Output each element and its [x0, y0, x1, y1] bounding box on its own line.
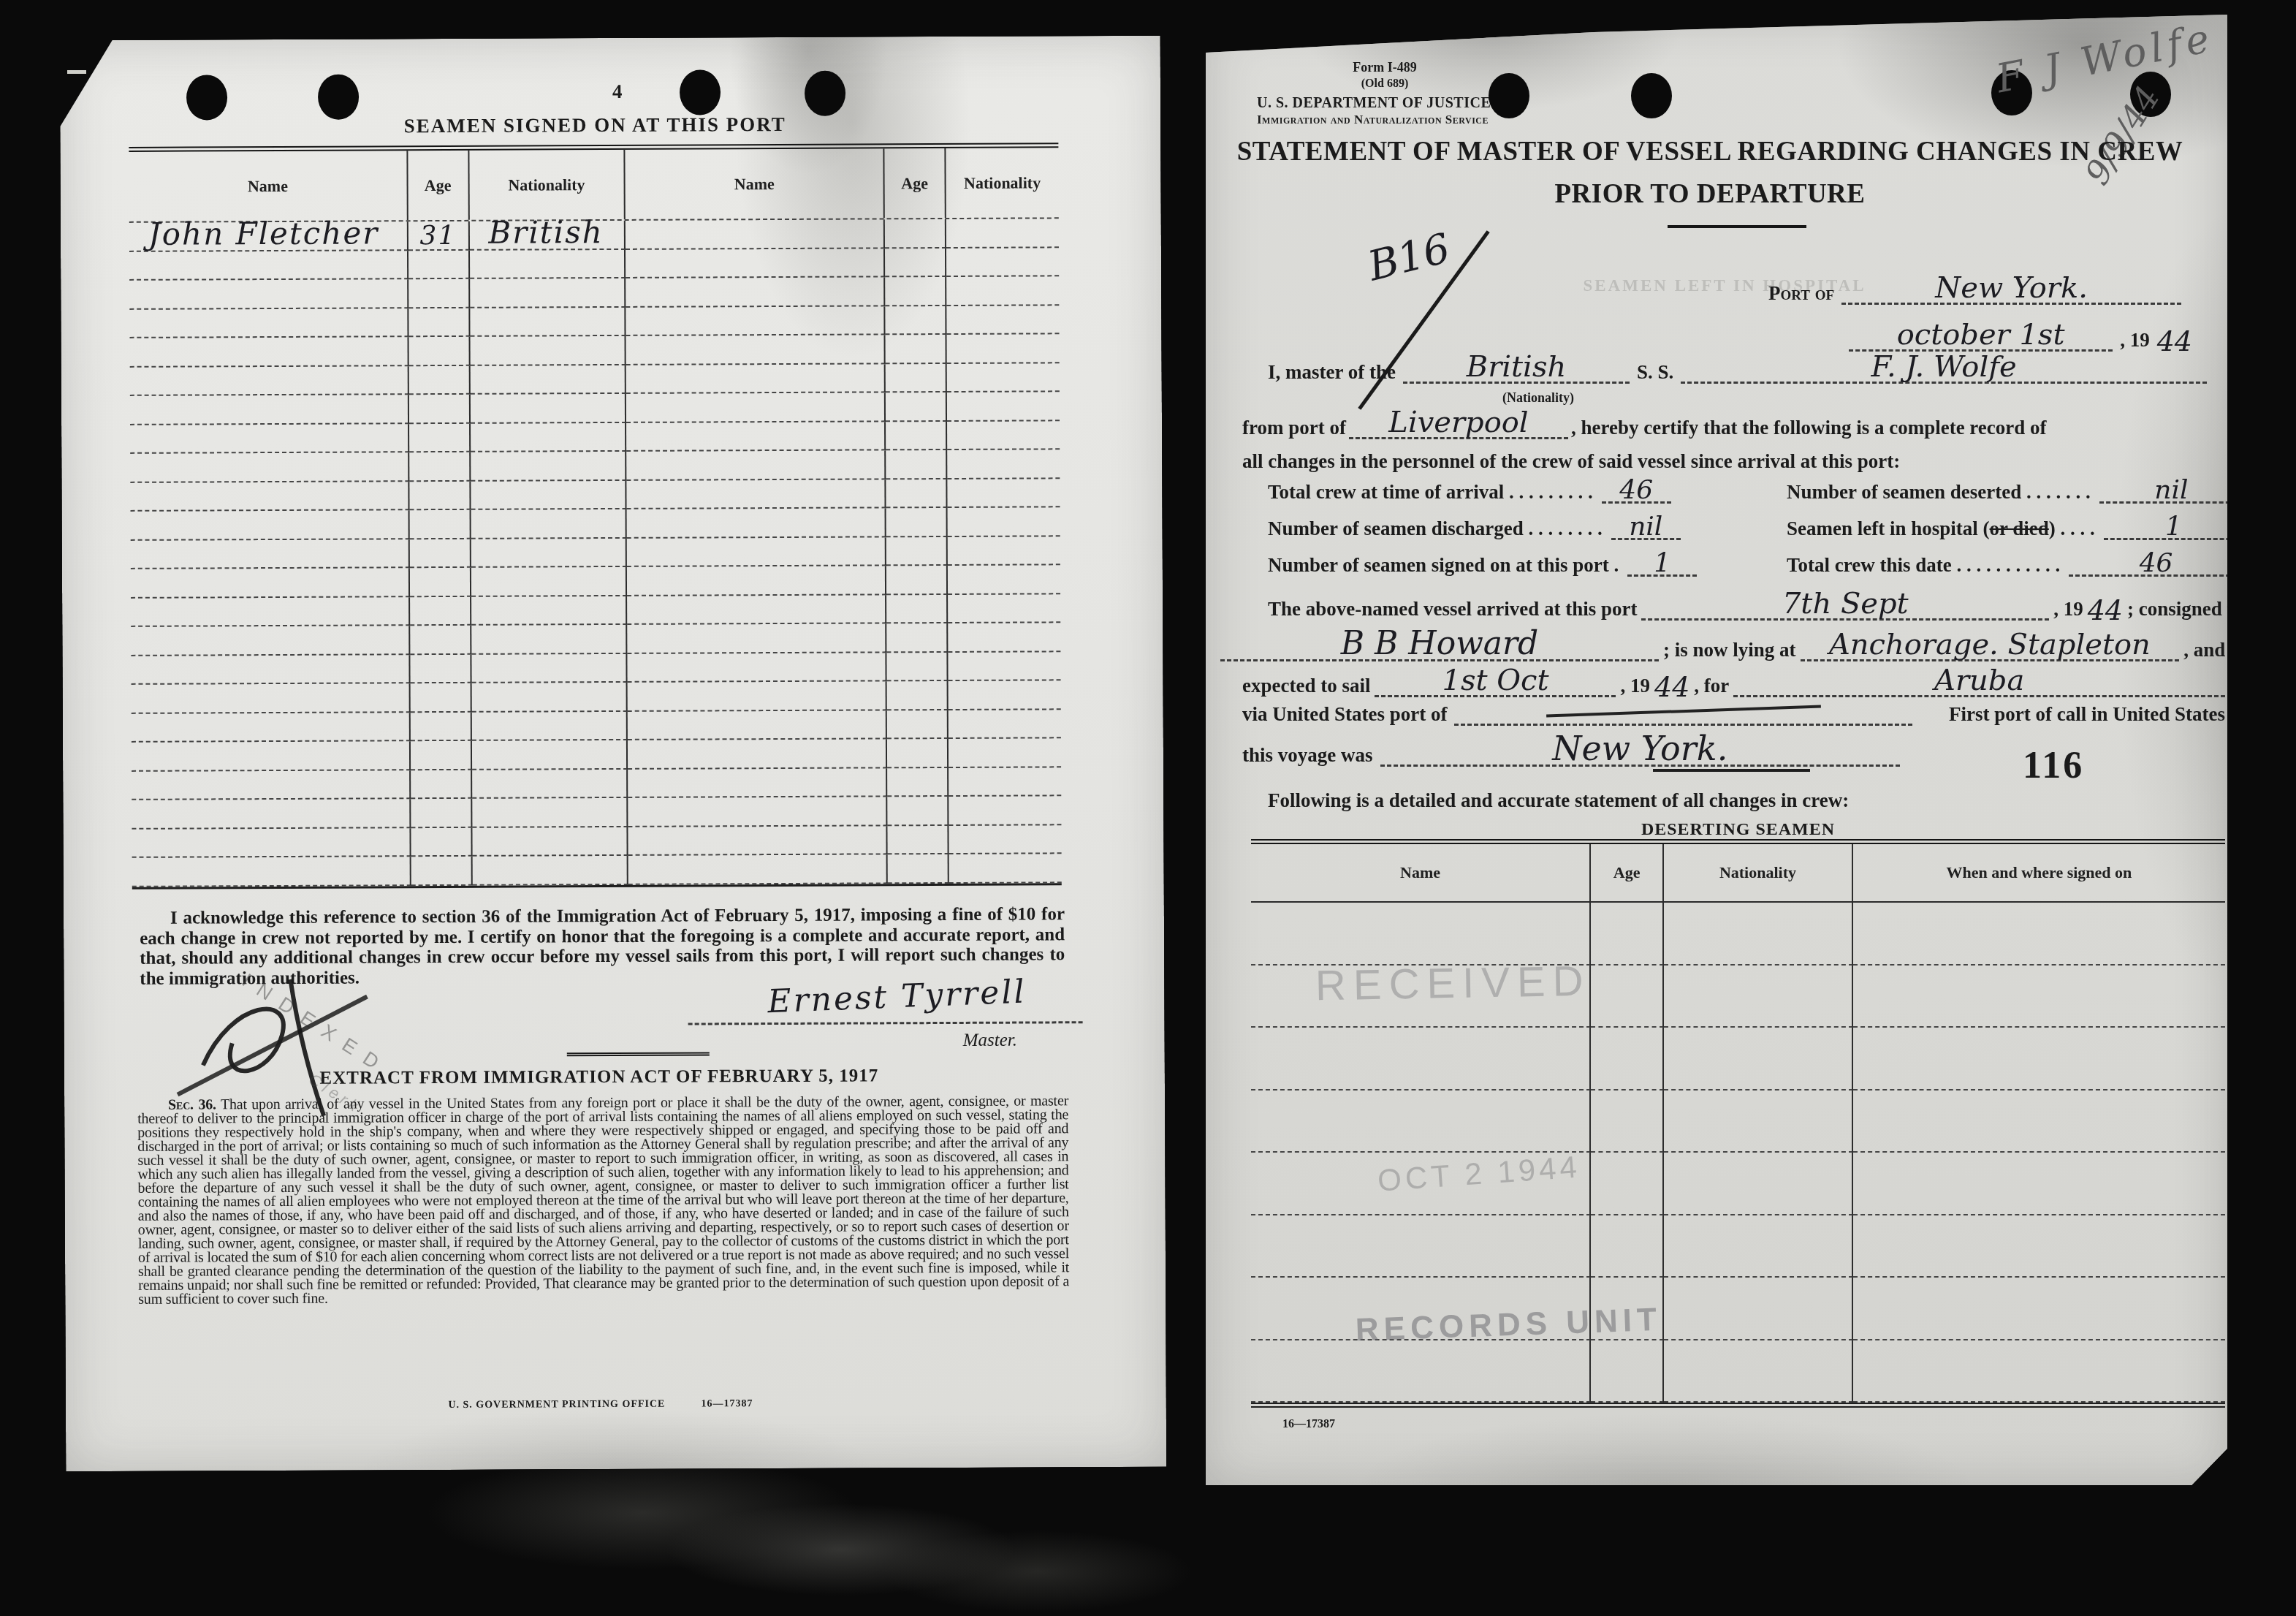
table-cell [471, 480, 627, 509]
pencil-vessel-name: F J Wolfe [1993, 15, 2218, 102]
seamen-signed-on-table: NameAgeNationalityNameAgeNationality Joh… [129, 143, 1061, 889]
table-cell [1591, 1028, 1664, 1090]
table-cell [472, 769, 628, 798]
table-cell [886, 536, 948, 566]
arrived-line: The above-named vessel arrived at this p… [1268, 593, 2243, 621]
table-cell [131, 626, 410, 656]
table-cell: British [469, 221, 626, 250]
table-row [1251, 1340, 2225, 1403]
certify-tail: , hereby certify that the following is a… [1571, 417, 2047, 439]
column-header-age: Age [884, 148, 946, 218]
table-cell [1591, 1153, 1664, 1215]
column-header-when-and-where-signed-on: When and where signed on [1853, 844, 2225, 901]
table-cell [628, 681, 887, 711]
table-cell [1853, 903, 2225, 966]
table-cell [885, 306, 946, 335]
form-print-number: 16—17387 [1282, 1418, 1335, 1431]
table-row [1251, 1215, 2225, 1278]
table-cell [132, 799, 411, 829]
table-cell [1664, 903, 1853, 966]
sail-year-value: 44 [1654, 678, 1689, 697]
signature-line [688, 1021, 1083, 1025]
lying-label: ; is now lying at [1663, 639, 1796, 661]
table-cell [627, 537, 886, 567]
table-cell [411, 857, 472, 886]
printing-office-label: U. S. GOVERNMENT PRINTING OFFICE [448, 1399, 665, 1411]
table-cell [948, 594, 1060, 623]
hospital-label-pre: Seamen left in hospital ( [1787, 517, 1990, 539]
via-line: via United States port of First port of … [1242, 703, 2225, 726]
column-header-name: Name [626, 148, 885, 219]
table-cell [408, 337, 470, 366]
seamen-discharged-value: nil [1611, 518, 1681, 540]
table-cell [132, 828, 411, 858]
table-row [131, 507, 1060, 540]
handwritten-nationality: British [488, 214, 604, 251]
section-divider [567, 1052, 710, 1056]
table-cell [408, 365, 470, 395]
table-cell [409, 481, 471, 510]
table-cell [131, 510, 410, 540]
total-crew-arrival-value: 46 [1602, 482, 1671, 504]
table-header-row: NameAgeNationalityWhen and where signed … [1251, 839, 2225, 903]
handwritten-age: 31 [419, 220, 456, 250]
table-cell [409, 568, 471, 597]
table-cell [130, 337, 409, 367]
table-cell [130, 482, 409, 512]
table-cell [886, 450, 947, 479]
table-cell [1853, 1153, 2225, 1215]
column-header-name: Name [1251, 844, 1591, 901]
hole-punch [680, 69, 721, 115]
sail-line: expected to sail 1st Oct , 19 44 , for A… [1242, 670, 2225, 697]
table-cell [626, 249, 885, 278]
table-cell [1664, 1028, 1853, 1090]
scanned-document: 4 SEAMEN SIGNED ON AT THIS PORT NameAgeN… [0, 0, 2296, 1616]
table-cell [626, 219, 885, 249]
table-cell [409, 423, 471, 452]
table-row [130, 334, 1060, 367]
voyage-lead: this voyage was [1242, 744, 1373, 767]
table-cell [129, 279, 408, 309]
column-header-age: Age [408, 151, 469, 220]
table-cell [411, 770, 472, 799]
table-cell [408, 395, 470, 424]
table-cell [626, 335, 886, 365]
table-cell [948, 507, 1060, 536]
stats-row-2: Number of seamen discharged . . . . . . … [1268, 517, 2243, 540]
table-cell [946, 306, 1059, 335]
column-header-nationality: Nationality [1664, 844, 1853, 901]
table-cell [471, 683, 628, 712]
table-cell [947, 479, 1060, 508]
section-36-text: That upon arrival of any vessel in the U… [137, 1093, 1069, 1308]
table-cell [1664, 1340, 1853, 1403]
table-cell [472, 856, 628, 885]
seamen-deserted-label: Number of seamen deserted . . . . . . . [1787, 481, 2091, 504]
table-cell [1591, 1340, 1664, 1403]
department-name: U. S. DEPARTMENT OF JUSTICE [1257, 95, 1491, 112]
table-cell [408, 279, 470, 308]
table-cell [1853, 1028, 2225, 1090]
table-cell [410, 712, 471, 741]
table-cell [886, 594, 948, 623]
table-cell [949, 680, 1061, 710]
form-number: Form I-489 [1293, 60, 1476, 75]
table-cell [470, 278, 626, 308]
table-cell [471, 625, 628, 654]
form-old-number: (Old 689) [1293, 77, 1476, 91]
table-cell [626, 392, 886, 422]
table-cell [1664, 1215, 1853, 1278]
ss-label: S. S. [1637, 361, 1673, 384]
sail-for-label: , for [1694, 675, 1729, 697]
table-cell [411, 799, 472, 828]
table-row [132, 680, 1061, 713]
table-row: John Fletcher31British [129, 219, 1059, 251]
table-cell [947, 334, 1060, 363]
arrived-year-prefix: , 19 [2053, 598, 2083, 621]
table-cell [628, 797, 887, 827]
table-row [130, 392, 1060, 425]
table-cell [1664, 1153, 1853, 1215]
master-line: I, master of the British S. S. F. J. Wol… [1268, 357, 2207, 384]
table-cell [132, 770, 411, 800]
form-print-number: 16—17387 [701, 1398, 753, 1409]
table-cell [886, 422, 947, 451]
table-cell [886, 508, 948, 537]
table-cell [129, 251, 408, 281]
table-cell [626, 277, 885, 307]
table-cell [410, 596, 471, 626]
table-cell [1664, 1278, 1853, 1340]
table-cell [628, 739, 887, 769]
table-cell [411, 827, 472, 857]
table-cell [471, 653, 628, 683]
sail-date-value: 1st Oct [1375, 670, 1616, 697]
table-row [1251, 903, 2225, 966]
form-title-line2: PRIOR TO DEPARTURE [1235, 178, 2185, 210]
table-cell [947, 392, 1060, 421]
hole-punch [1489, 73, 1529, 118]
table-cell [410, 654, 471, 683]
table-cell [887, 710, 949, 739]
table-cell [1251, 1028, 1591, 1090]
from-port-value: Liverpool [1349, 412, 1568, 439]
table-cell [949, 767, 1061, 797]
table-cell [946, 276, 1059, 306]
hole-punch [318, 75, 359, 120]
film-scratch [67, 70, 86, 74]
table-cell [471, 509, 627, 539]
extract-title: EXTRACT FROM IMMIGRATION ACT OF FEBRUARY… [132, 1065, 1067, 1090]
table-row [131, 565, 1060, 598]
table-cell [471, 567, 627, 596]
table-cell [410, 683, 471, 713]
sail-year-prefix: , 19 [1620, 675, 1650, 697]
port-value: New York. [1841, 278, 2181, 305]
table-row [132, 854, 1062, 887]
table-cell [948, 652, 1060, 681]
table-cell: 31 [408, 221, 469, 251]
table-cell [408, 250, 470, 279]
total-crew-date-label: Total crew this date . . . . . . . . . .… [1787, 554, 2060, 577]
table-cell [886, 623, 948, 653]
table-cell [888, 825, 949, 854]
date-year-value: 44 [2157, 332, 2192, 352]
table-cell [887, 739, 949, 768]
via-port-dash [1546, 705, 1821, 717]
table-row [129, 248, 1059, 281]
table-cell [947, 363, 1060, 392]
table-row [132, 710, 1061, 743]
right-page-statement-of-master: Form I-489 (Old 689) U. S. DEPARTMENT OF… [1206, 15, 2227, 1485]
destination-value: Aruba [1733, 670, 2225, 697]
table-cell [131, 568, 410, 598]
table-row [132, 796, 1061, 829]
table-cell [626, 450, 886, 480]
table-cell [1664, 1090, 1853, 1153]
hole-punch [186, 75, 227, 120]
table-cell [946, 219, 1059, 248]
column-header-nationality: Nationality [469, 150, 626, 220]
table-cell [132, 857, 411, 887]
table-cell [947, 421, 1060, 450]
table-cell [470, 365, 626, 394]
voyage-line: this voyage was New York. [1242, 737, 1900, 767]
table-cell [1591, 903, 1664, 966]
table-row [132, 767, 1061, 800]
nationality-value: British [1403, 357, 1630, 384]
sail-lead: expected to sail [1242, 675, 1370, 697]
table-row [130, 363, 1060, 396]
first-port-label: First port of call in United States [1949, 703, 2225, 726]
table-cell [886, 479, 947, 509]
table-cell [1853, 1215, 2225, 1278]
table-cell [947, 449, 1060, 479]
table-cell [946, 248, 1059, 277]
table-row [130, 479, 1060, 512]
deserting-seamen-title: DESERTING SEAMEN [1251, 820, 2225, 840]
certify-line2: all changes in the personnel of the crew… [1242, 450, 1900, 473]
table-cell [411, 741, 472, 770]
total-crew-date-value: 46 [2069, 555, 2243, 577]
table-cell [628, 768, 887, 798]
table-row [132, 825, 1061, 858]
table-cell [471, 538, 627, 567]
table-cell [132, 741, 411, 771]
table-cell [886, 652, 948, 681]
table-cell [886, 335, 947, 364]
table-cell [627, 595, 886, 625]
arrived-year-value: 44 [2088, 601, 2123, 621]
table-cell [949, 854, 1062, 883]
table-cell [626, 364, 886, 394]
from-port-line: from port of Liverpool , hereby certify … [1242, 412, 2214, 439]
table-cell [1591, 966, 1664, 1028]
table-cell [1853, 1278, 2225, 1340]
table-cell [627, 508, 886, 538]
table-cell [626, 422, 886, 452]
table-row [1251, 1090, 2225, 1153]
table-cell [471, 596, 628, 625]
table-cell [1251, 1090, 1591, 1153]
table-cell [470, 249, 626, 278]
table-cell [1591, 1090, 1664, 1153]
via-port-blank [1454, 710, 1912, 726]
voyage-underline [1653, 769, 1810, 772]
table-row [132, 738, 1061, 771]
table-row [131, 652, 1060, 685]
table-cell [1251, 903, 1591, 966]
table-cell [887, 767, 949, 797]
table-cell [130, 452, 409, 482]
table-cell [888, 854, 949, 884]
port-line: Port of New York. [1768, 278, 2181, 305]
table-cell [130, 366, 409, 396]
left-page-seamen-signed-on: 4 SEAMEN SIGNED ON AT THIS PORT NameAgeN… [60, 36, 1167, 1472]
table-cell [627, 566, 886, 596]
table-cell [132, 713, 411, 743]
vessel-name-value: F. J. Wolfe [1681, 357, 2207, 384]
table-cell [628, 854, 888, 884]
table-cell [887, 681, 949, 710]
table-cell: John Fletcher [129, 221, 408, 251]
table-cell [885, 249, 946, 278]
table-header-row: NameAgeNationalityNameAgeNationality [129, 143, 1058, 223]
master-lead: I, master of the [1268, 361, 1396, 384]
pencil-date: 9/9/44 [2077, 79, 2167, 191]
annotation-b16: B16 [1364, 224, 1455, 290]
table-cell [472, 798, 628, 827]
table-cell [409, 510, 471, 539]
from-port-lead: from port of [1242, 417, 1346, 439]
arrived-date-value: 7th Sept [1641, 593, 2049, 621]
lying-location-value: Anchorage. Stapleton [1801, 634, 2180, 661]
table-row [130, 449, 1060, 482]
table-cell [1853, 1340, 2225, 1403]
table-cell [472, 827, 628, 856]
table-cell [131, 597, 410, 627]
hospital-label-post: ) . . . . [2049, 517, 2095, 539]
handwritten-name: John Fletcher [148, 215, 379, 251]
table-cell [470, 394, 626, 423]
signed-on-value: 1 [1627, 555, 1697, 577]
table-cell [628, 826, 888, 856]
table-cell [887, 797, 949, 826]
seamen-deserted-value: nil [2099, 482, 2243, 504]
voyage-port-value: New York. [1380, 737, 1900, 767]
title-underline [1668, 225, 1806, 228]
lying-tail: , and is [2183, 639, 2243, 661]
table-cell [130, 424, 409, 454]
table-cell [886, 364, 947, 393]
date-line: october 1st , 19 44 [1849, 325, 2192, 352]
hole-punch [1631, 73, 1672, 118]
section-36-paragraph: Sec. 36. That upon arrival of any vessel… [137, 1094, 1069, 1307]
table-cell [129, 308, 408, 338]
hole-punch [805, 71, 845, 116]
table-cell [1251, 1340, 1591, 1403]
table-cell [949, 796, 1061, 825]
table-cell [409, 539, 471, 568]
table-cell [949, 825, 1061, 854]
table-cell [131, 539, 410, 569]
table-cell [471, 452, 627, 481]
table-cell [627, 479, 886, 509]
table-cell [628, 653, 887, 683]
following-statement: Following is a detailed and accurate sta… [1268, 789, 1849, 812]
page-stamp-number: 116 [2023, 744, 2084, 787]
arrived-tail: ; consigned to [2127, 598, 2243, 621]
signed-on-label: Number of seamen signed on at this port … [1268, 554, 1619, 577]
table-row [130, 421, 1060, 454]
total-crew-arrival-label: Total crew at time of arrival . . . . . … [1268, 481, 1593, 504]
printing-office-footer: U. S. GOVERNMENT PRINTING OFFICE 16—1738… [133, 1397, 1068, 1413]
year-prefix: , 19 [2120, 329, 2150, 352]
table-row [131, 536, 1060, 569]
stats-row-1: Total crew at time of arrival . . . . . … [1268, 481, 2243, 504]
page-title: SEAMEN SIGNED ON AT THIS PORT [127, 112, 1063, 139]
table-cell [1664, 966, 1853, 1028]
table-cell [626, 306, 886, 336]
table-cell [471, 711, 628, 740]
table-cell [1853, 966, 2225, 1028]
table-cell [885, 277, 946, 306]
table-cell [948, 536, 1060, 566]
column-header-name: Name [129, 151, 408, 221]
table-row [131, 594, 1060, 627]
table-cell [627, 623, 886, 653]
table-cell [1591, 1215, 1664, 1278]
table-row [129, 276, 1059, 309]
table-cell [408, 308, 470, 337]
page-number: 4 [612, 80, 623, 103]
consignee-value: B B Howard [1220, 632, 1659, 661]
table-cell [886, 566, 948, 595]
hospital-value: 1 [2104, 518, 2243, 540]
table-cell [409, 452, 471, 482]
table-body: John Fletcher31British [129, 219, 1062, 887]
table-cell [410, 626, 471, 655]
form-title-line1: STATEMENT OF MASTER OF VESSEL REGARDING … [1235, 136, 2185, 167]
stats-row-3: Number of seamen signed on at this port … [1268, 554, 2243, 577]
table-cell [130, 395, 409, 425]
arrived-lead: The above-named vessel arrived at this p… [1268, 598, 1637, 621]
port-label: Port of [1768, 282, 1834, 305]
via-lead: via United States port of [1242, 703, 1447, 726]
table-cell [1251, 1215, 1591, 1278]
table-cell [948, 623, 1060, 652]
table-cell [949, 710, 1061, 739]
seamen-discharged-label: Number of seamen discharged . . . . . . … [1268, 517, 1603, 540]
date-value: october 1st [1849, 325, 2113, 352]
table-cell [949, 738, 1061, 767]
table-cell [628, 710, 887, 740]
table-row [129, 306, 1059, 338]
consigned-line: B B Howard ; is now lying at Anchorage. … [1220, 632, 2243, 661]
signature-role-label: Master. [963, 1030, 1080, 1051]
table-cell [132, 683, 411, 713]
table-cell [885, 219, 946, 249]
column-header-nationality: Nationality [946, 148, 1058, 218]
table-cell [131, 655, 410, 685]
table-cell [886, 392, 947, 422]
nationality-label: (Nationality) [1425, 390, 1651, 406]
table-cell [1853, 1090, 2225, 1153]
table-row [131, 623, 1060, 656]
hospital-label-struck: or died [1990, 517, 2049, 539]
